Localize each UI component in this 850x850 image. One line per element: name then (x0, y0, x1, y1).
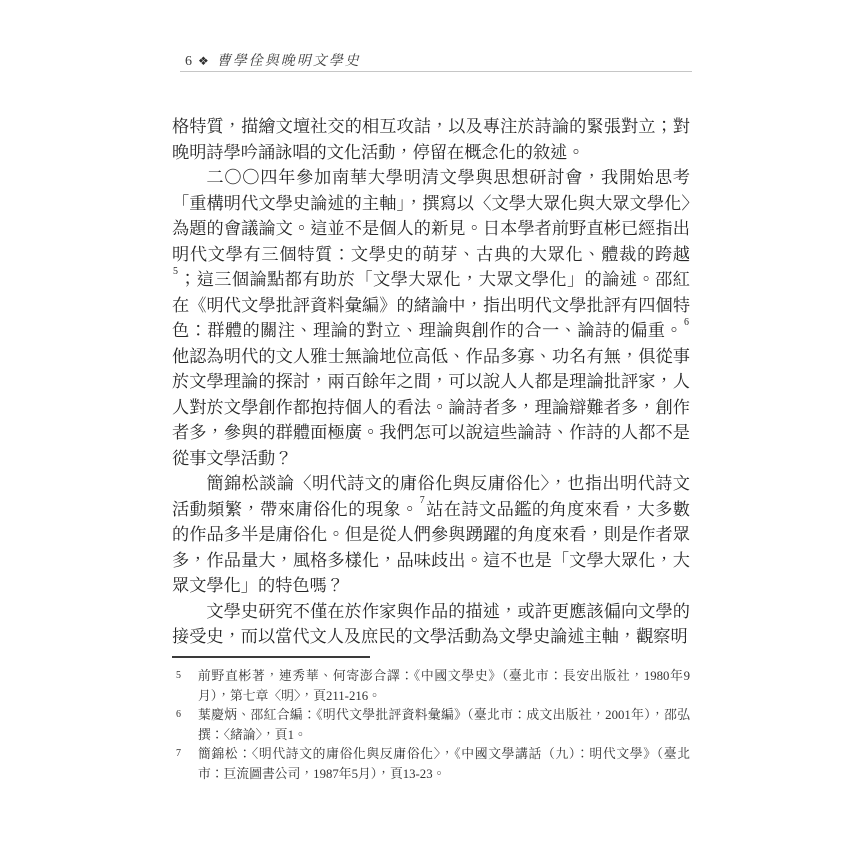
footnotes: 5前野直彬著，連秀華、何寄澎合譯：《中國文學史》（臺北市：長安出版社，1980年… (176, 667, 690, 784)
footnote-rule (172, 656, 370, 658)
footnote-text: 前野直彬著，連秀華、何寄澎合譯：《中國文學史》（臺北市：長安出版社，1980年9… (198, 667, 690, 706)
footnote: 7簡錦松：〈明代詩文的庸俗化與反庸俗化〉，《中國文學講話（九）：明代文學》（臺北… (176, 745, 690, 784)
footnote-number: 5 (176, 666, 198, 686)
footnote-ref: 5 (172, 266, 179, 277)
footnote-ref: 7 (419, 495, 426, 506)
paragraph: 文學史研究不僅在於作家與作品的描述，或許更應該偏向文學的接受史，而以當代文人及庶… (172, 599, 690, 650)
paragraph: 格特質，描繪文壇社交的相互攻詰，以及專注於詩論的緊張對立；對晚明詩學吟誦詠唱的文… (172, 114, 690, 165)
footnote: 6葉慶炳、邵紅合編：《明代文學批評資料彙編》（臺北市：成文出版社，2001年），… (176, 706, 690, 745)
ornament-diamond-icon: ❖ (198, 54, 210, 68)
running-title: 曹學佺與晚明文學史 (217, 54, 361, 69)
book-page: 6❖曹學佺與晚明文學史 格特質，描繪文壇社交的相互攻詰，以及專注於詩論的緊張對立… (0, 0, 850, 850)
footnote-number: 7 (176, 744, 198, 764)
footnote-text: 簡錦松：〈明代詩文的庸俗化與反庸俗化〉，《中國文學講話（九）：明代文學》（臺北市… (198, 745, 690, 784)
header-rule (180, 71, 692, 72)
page-number: 6 (185, 54, 193, 69)
footnote: 5前野直彬著，連秀華、何寄澎合譯：《中國文學史》（臺北市：長安出版社，1980年… (176, 667, 690, 706)
body-text: 格特質，描繪文壇社交的相互攻詰，以及專注於詩論的緊張對立；對晚明詩學吟誦詠唱的文… (172, 114, 690, 656)
running-header: 6❖曹學佺與晚明文學史 (185, 50, 361, 70)
paragraph: 簡錦松談論〈明代詩文的庸俗化與反庸俗化〉，也指出明代詩文活動頻繁，帶來庸俗化的現… (172, 471, 690, 599)
footnote-ref: 6 (683, 317, 690, 328)
paragraph: 二〇〇四年參加南華大學明清文學與思想研討會，我開始思考「重構明代文學史論述的主軸… (172, 165, 690, 471)
footnote-text: 葉慶炳、邵紅合編：《明代文學批評資料彙編》（臺北市：成文出版社，2001年），邵… (198, 706, 690, 745)
footnote-number: 6 (176, 705, 198, 725)
